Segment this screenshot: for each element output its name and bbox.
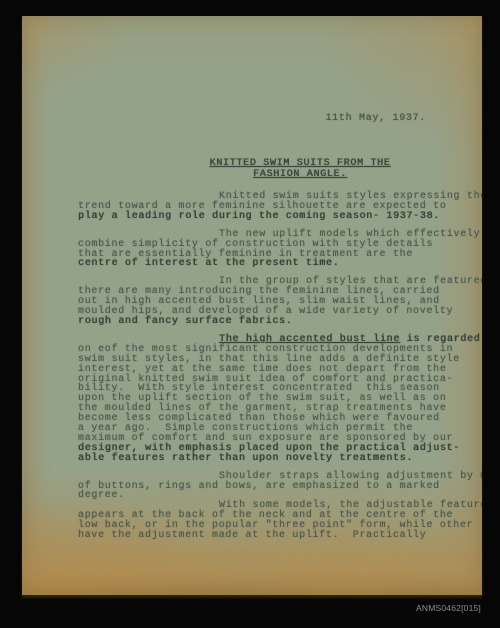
text-line: centre of interest at the present time. (78, 259, 476, 269)
paragraph: In the group of styles that are featured… (78, 277, 476, 327)
title-line-1: KNITTED SWIM SUITS FROM THE (170, 159, 430, 170)
catalog-id-label: ANMS0462[015] (416, 603, 481, 613)
scan-background: 11th May, 1937. KNITTED SWIM SUITS FROM … (0, 0, 500, 628)
document-page: 11th May, 1937. KNITTED SWIM SUITS FROM … (22, 16, 482, 595)
document-date: 11th May, 1937. (22, 113, 426, 124)
document-title: KNITTED SWIM SUITS FROM THE FASHION ANGL… (170, 159, 430, 180)
paragraph: The high accented bust line is regarded … (78, 335, 476, 464)
title-line-2: FASHION ANGLE. (170, 170, 430, 181)
paragraph: Knitted swim suits styles expressing the… (78, 192, 476, 222)
text-line: play a leading role during the coming se… (78, 212, 476, 222)
text-line: have the adjustment made at the uplift. … (78, 531, 476, 541)
text-line: rough and fancy surface fabrics. (78, 317, 476, 327)
text-line: of buttons, rings and bows, are emphasiz… (78, 482, 476, 492)
paragraph: The new uplift models which effectivelyc… (78, 230, 476, 270)
text-line: able features rather than upon novelty t… (78, 454, 476, 464)
paragraph: Shoulder straps allowing adjustment by m… (78, 472, 476, 502)
document-body: Knitted swim suits styles expressing the… (78, 192, 476, 541)
text-line: interest, yet at the same time does not … (78, 365, 476, 375)
paragraph: With some models, the adjustable feature… (78, 501, 476, 541)
